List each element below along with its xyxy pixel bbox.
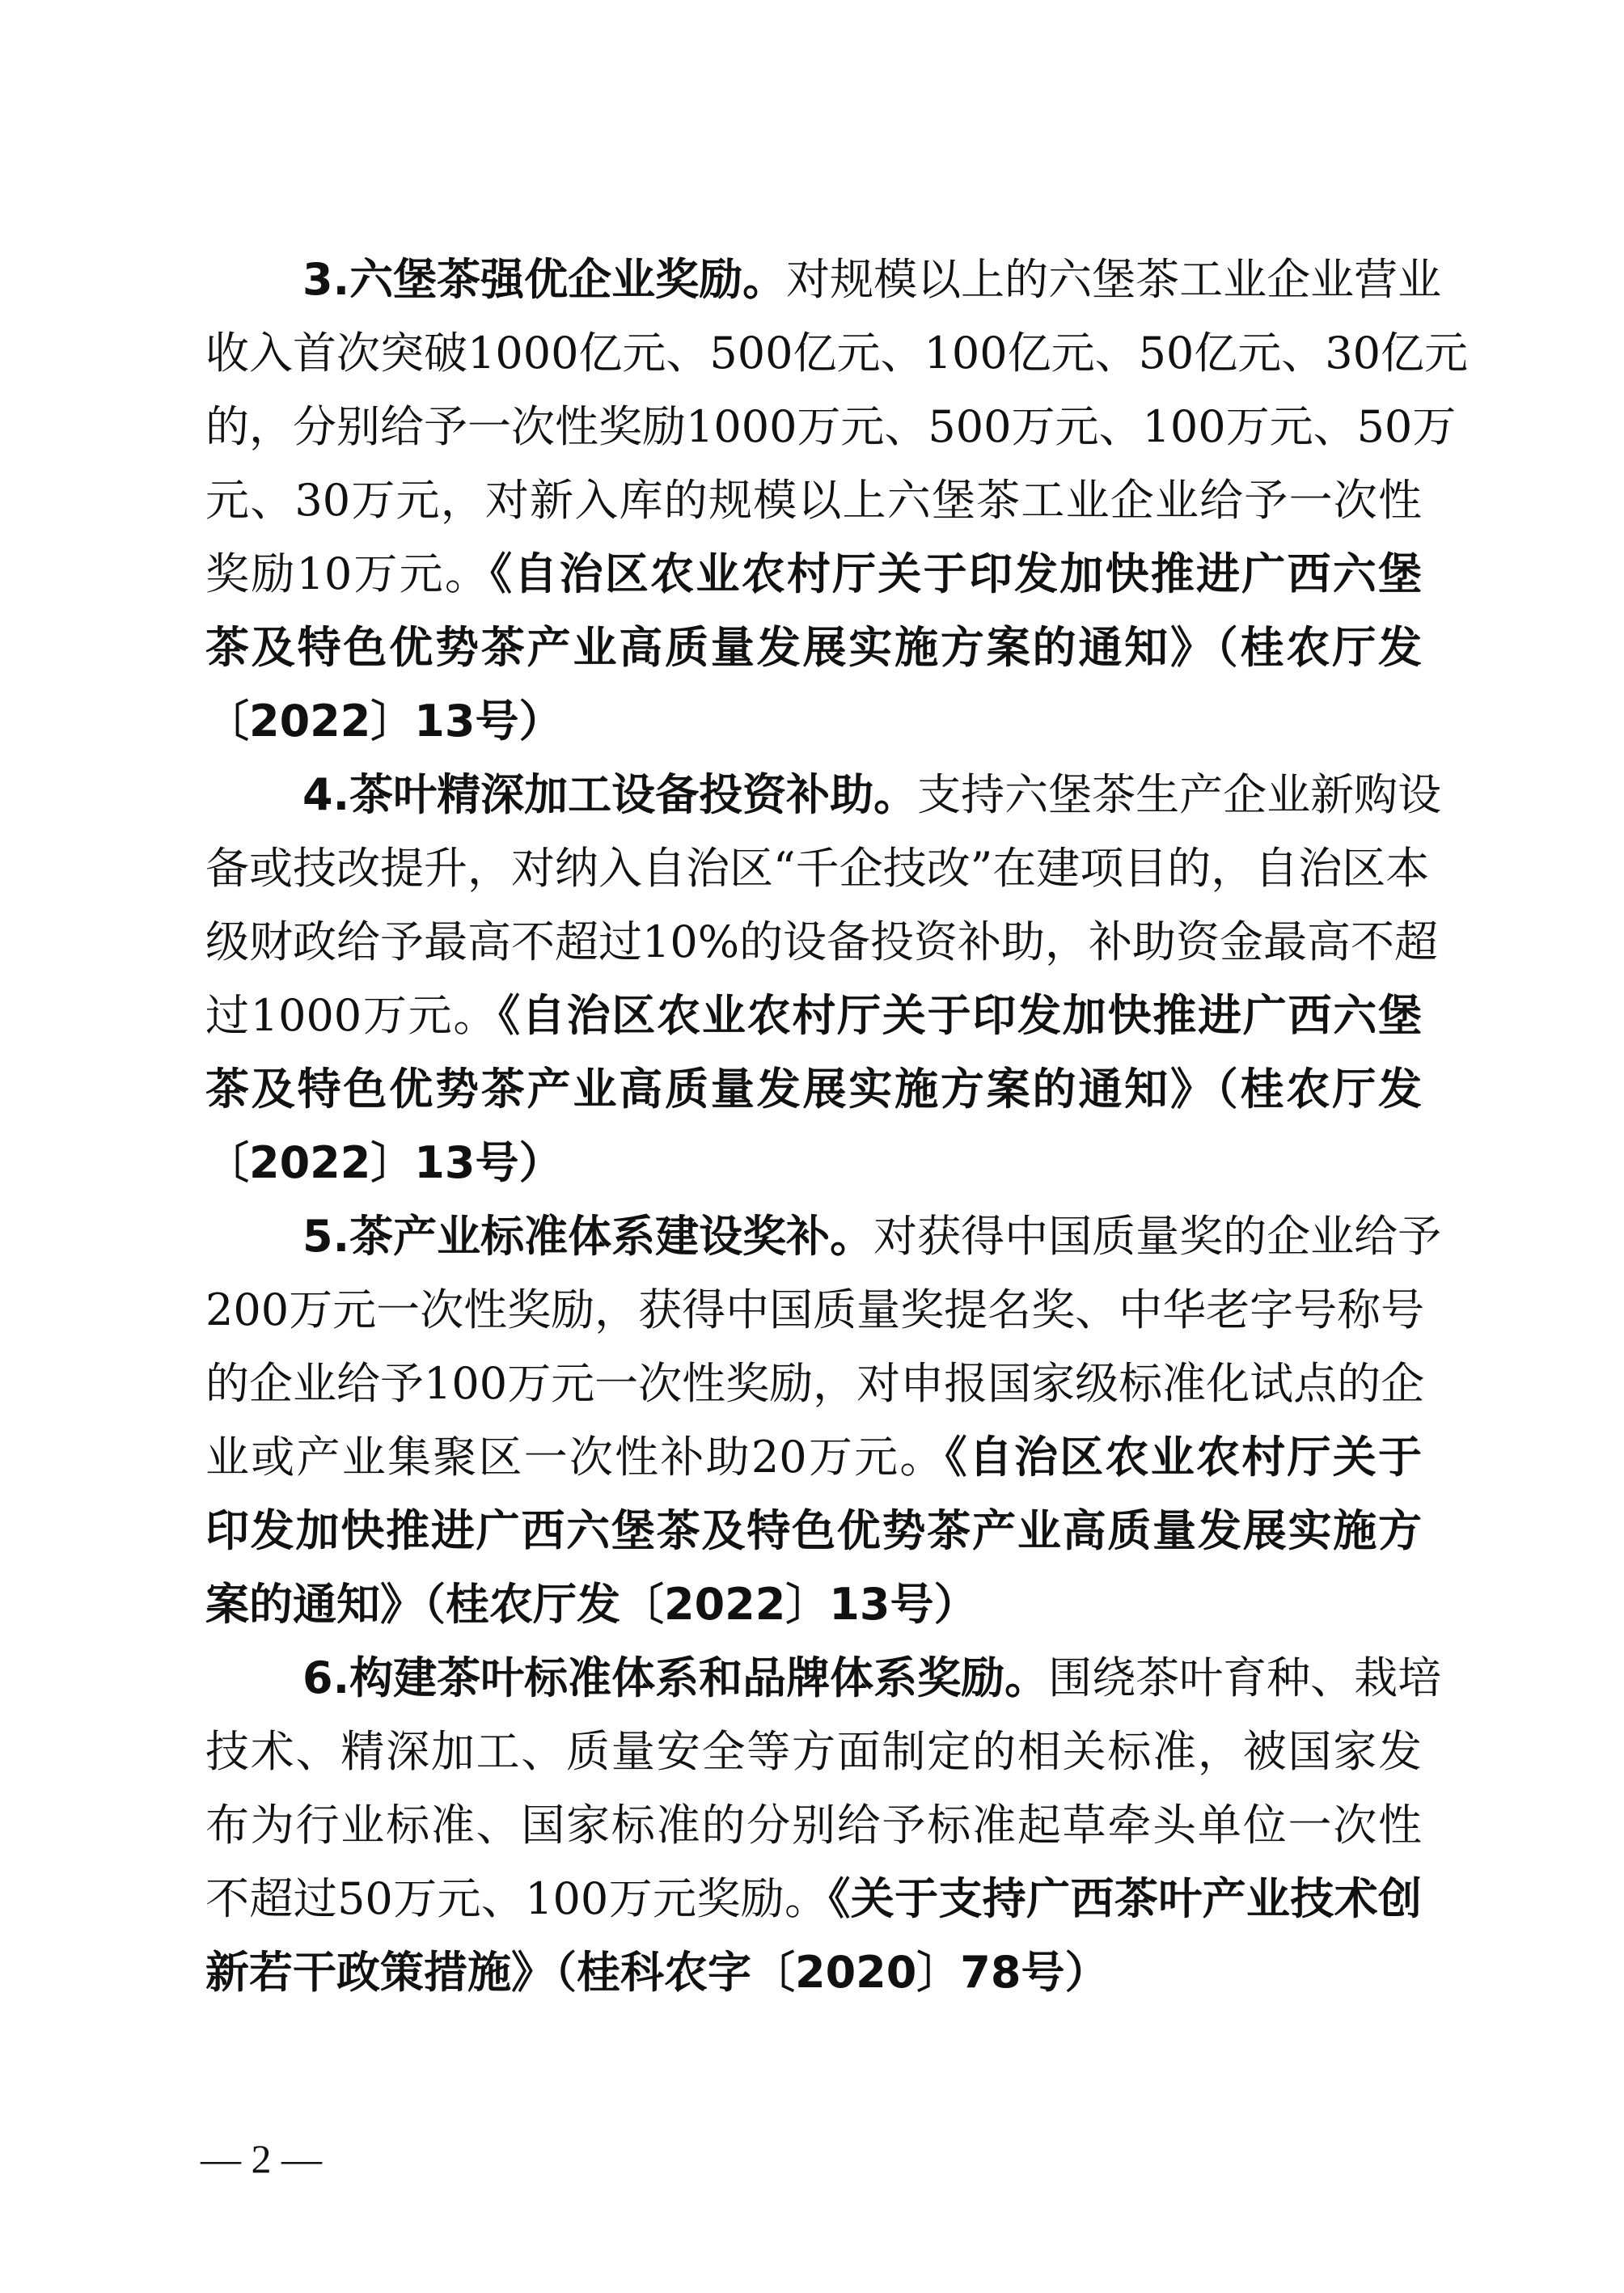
body-text-span: 的企业给予100万元一次性奖励，对申报国家级标准化试点的企 [205,1358,1424,1409]
bold-text: 新若干政策措施》（桂科农字〔2020〕78号） [205,1947,1108,1998]
text-line: 的，分别给予一次性奖励1000万元、500万元、100万元、50万 [205,390,1422,463]
document-page: 3.六堡茶强优企业奖励。对规模以上的六堡茶工业企业营业收入首次突破1000亿元、… [0,0,1624,2293]
text-line: 收入首次突破1000亿元、500亿元、100亿元、50亿元、30亿元 [205,316,1422,390]
text-line: 元、30万元，对新入库的规模以上六堡茶工业企业给予一次性 [205,463,1422,537]
item-heading-line: 5.茶产业标准体系建设奖补。对获得中国质量奖的企业给予 [205,1199,1422,1273]
text-line: 茶及特色优势茶产业高质量发展实施方案的通知》（桂农厅发 [205,611,1422,684]
item-heading-line: 6.构建茶叶标准体系和品牌体系奖励。围绕茶叶育种、栽培 [205,1641,1422,1715]
text-line: 〔2022〕13号） [205,684,1422,758]
bold-text: 6.构建茶叶标准体系和品牌体系奖励。 [302,1652,1048,1703]
text-line: 不超过50万元、100万元奖励。《关于支持广西茶叶产业技术创 [205,1862,1422,1936]
text-line: 奖励10万元。《自治区农业农村厅关于印发加快推进广西六堡 [205,537,1422,611]
body-text-span: 过1000万元。 [205,990,498,1041]
body-text-span: 的，分别给予一次性奖励1000万元、500万元、100万元、50万 [205,401,1456,452]
body-text-span: 200万元一次性奖励，获得中国质量奖提名奖、中华老字号称号 [205,1284,1424,1335]
body-text-span: 奖励10万元。 [205,548,490,599]
text-line: 业或产业集聚区一次性补助20万元。《自治区农业农村厅关于 [205,1420,1422,1494]
body-text-span: 对获得中国质量奖的企业给予 [873,1211,1441,1262]
text-line: 过1000万元。《自治区农业农村厅关于印发加快推进广西六堡 [205,979,1422,1052]
text-line: 布为行业标准、国家标准的分别给予标准起草牵头单位一次性 [205,1788,1422,1862]
body-text: 3.六堡茶强优企业奖励。对规模以上的六堡茶工业企业营业收入首次突破1000亿元、… [205,243,1422,2009]
text-line: 新若干政策措施》（桂科农字〔2020〕78号） [205,1936,1422,2009]
text-line: 200万元一次性奖励，获得中国质量奖提名奖、中华老字号称号 [205,1273,1422,1347]
body-text-span: 业或产业集聚区一次性补助20万元。 [205,1432,945,1483]
bold-text: 茶及特色优势茶产业高质量发展实施方案的通知》（桂农厅发 [205,622,1422,673]
bold-text: 5.茶产业标准体系建设奖补。 [302,1211,873,1262]
bold-text: 《关于支持广西茶叶产业技术创 [828,1873,1422,1924]
item-heading-line: 4.茶叶精深加工设备投资补助。支持六堡茶生产企业新购设 [205,758,1422,831]
body-text-span: 技术、精深加工、质量安全等方面制定的相关标准，被国家发 [205,1726,1422,1777]
text-line: 案的通知》（桂农厅发〔2022〕13号） [205,1567,1422,1641]
bold-text: 《自治区农业农村厅关于 [945,1432,1422,1483]
text-line: 茶及特色优势茶产业高质量发展实施方案的通知》（桂农厅发 [205,1052,1422,1126]
bold-text: 茶及特色优势茶产业高质量发展实施方案的通知》（桂农厅发 [205,1064,1422,1115]
bold-text: 〔2022〕13号） [205,1137,562,1188]
text-line: 印发加快推进广西六堡茶及特色优势茶产业高质量发展实施方 [205,1494,1422,1567]
body-text-span: 围绕茶叶育种、栽培 [1048,1652,1441,1703]
bold-text: 〔2022〕13号） [205,696,562,747]
text-line: 级财政给予最高不超过10%的设备投资补助，补助资金最高不超 [205,905,1422,979]
page-number: — 2 — [201,2135,322,2182]
body-text-span: 备或技改提升，对纳入自治区“千企技改”在建项目的，自治区本 [205,843,1429,894]
bold-text: 印发加快推进广西六堡茶及特色优势茶产业高质量发展实施方 [205,1505,1422,1556]
text-line: 的企业给予100万元一次性奖励，对申报国家级标准化试点的企 [205,1347,1422,1420]
text-line: 备或技改提升，对纳入自治区“千企技改”在建项目的，自治区本 [205,831,1422,905]
text-line: 〔2022〕13号） [205,1126,1422,1199]
bold-text: 《自治区农业农村厅关于印发加快推进广西六堡 [490,548,1422,599]
body-text-span: 收入首次突破1000亿元、500亿元、100亿元、50亿元、30亿元 [205,328,1468,379]
bold-text: 4.茶叶精深加工设备投资补助。 [302,769,917,820]
bold-text: 《自治区农业农村厅关于印发加快推进广西六堡 [498,990,1422,1041]
body-text-span: 元、30万元，对新入库的规模以上六堡茶工业企业给予一次性 [205,475,1422,526]
body-text-span: 对规模以上的六堡茶工业企业营业 [786,254,1441,305]
body-text-span: 级财政给予最高不超过10%的设备投资补助，补助资金最高不超 [205,916,1438,967]
bold-text: 案的通知》（桂农厅发〔2022〕13号） [205,1579,977,1630]
body-text-span: 支持六堡茶生产企业新购设 [917,769,1441,820]
text-line: 技术、精深加工、质量安全等方面制定的相关标准，被国家发 [205,1715,1422,1788]
item-heading-line: 3.六堡茶强优企业奖励。对规模以上的六堡茶工业企业营业 [205,243,1422,316]
body-text-span: 布为行业标准、国家标准的分别给予标准起草牵头单位一次性 [205,1800,1422,1851]
bold-text: 3.六堡茶强优企业奖励。 [302,254,786,305]
body-text-span: 不超过50万元、100万元奖励。 [205,1873,828,1924]
